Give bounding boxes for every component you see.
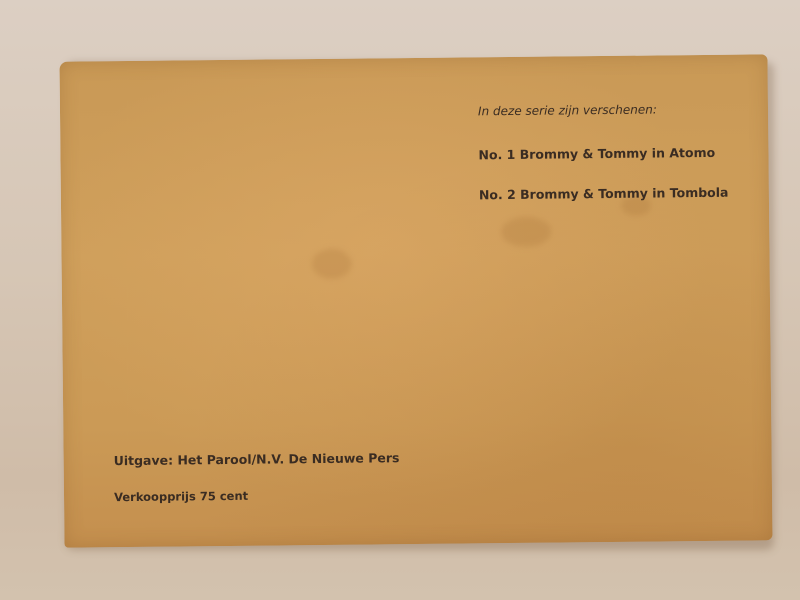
booklet-back-cover: In deze serie zijn verschenen: No. 1 Bro… bbox=[59, 54, 772, 547]
paper-stain bbox=[501, 217, 551, 248]
paper-stain bbox=[311, 249, 351, 279]
price-line: Verkoopprijs 75 cent bbox=[114, 489, 248, 504]
series-title-2: No. 2 Brommy & Tommy in Tombola bbox=[479, 185, 729, 203]
series-title-1: No. 1 Brommy & Tommy in Atomo bbox=[478, 145, 715, 162]
series-heading: In deze serie zijn verschenen: bbox=[478, 102, 657, 118]
publisher-line: Uitgave: Het Parool/N.V. De Nieuwe Pers bbox=[114, 450, 400, 468]
